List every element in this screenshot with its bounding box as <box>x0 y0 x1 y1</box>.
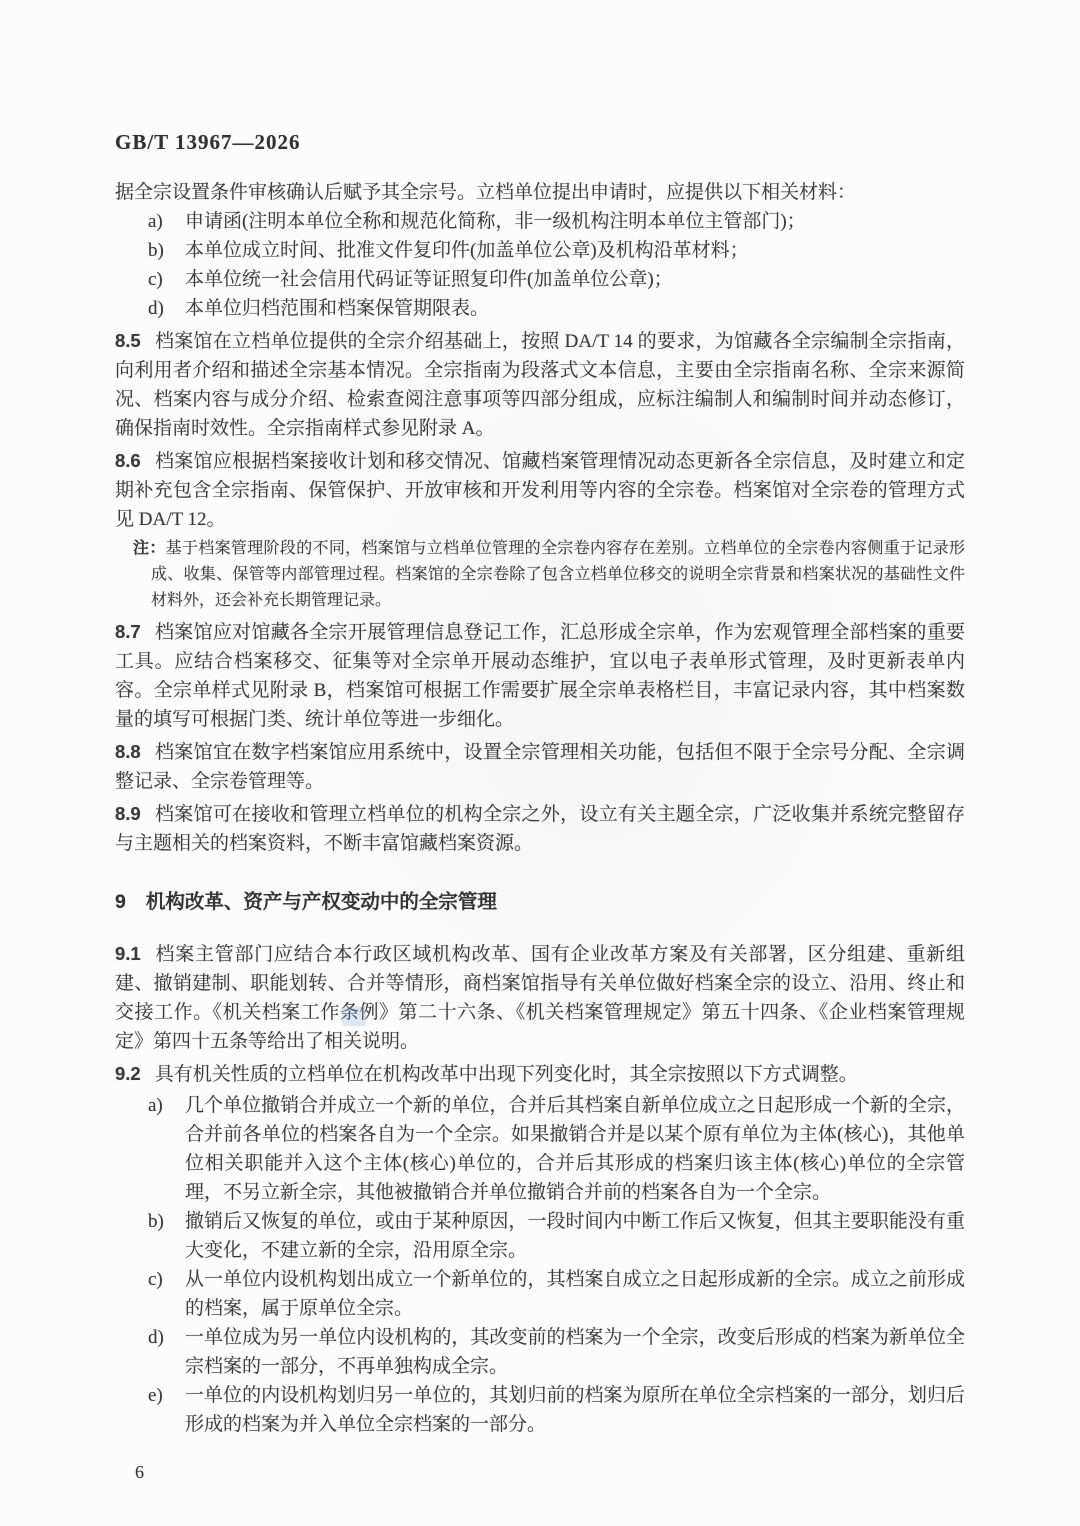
list-item: b) 撤销后又恢复的单位，或由于某种原因，一段时间内中断工作后又恢复，但其主要职… <box>148 1207 965 1265</box>
clause-text: 档案馆宜在数字档案馆应用系统中，设置全宗管理相关功能，包括但不限于全宗号分配、全… <box>115 742 965 792</box>
list-item-marker: e) <box>148 1381 185 1439</box>
clause-8-6: 8.6档案馆应根据档案接收计划和移交情况、馆藏档案管理情况动态更新各全宗信息，及… <box>115 446 965 534</box>
clause-text: 档案馆应根据档案接收计划和移交情况、馆藏档案管理情况动态更新各全宗信息，及时建立… <box>115 451 965 530</box>
section-9-heading: 9机构改革、资产与产权变动中的全宗管理 <box>115 888 965 917</box>
list-item-marker: c) <box>148 1265 185 1323</box>
clause-number: 8.7 <box>115 621 141 642</box>
list-item-marker: b) <box>148 1207 185 1265</box>
clause-number: 9.2 <box>115 1063 141 1084</box>
clause-number: 8.5 <box>115 330 141 351</box>
list-item: b) 本单位成立时间、批准文件复印件(加盖单位公章)及机构沿革材料； <box>148 236 965 265</box>
list-item-text: 撤销后又恢复的单位，或由于某种原因，一段时间内中断工作后又恢复，但其主要职能没有… <box>185 1207 965 1265</box>
clause-text: 档案馆在立档单位提供的全宗介绍基础上，按照 DA/T 14 的要求，为馆藏各全宗… <box>115 331 965 439</box>
standard-number-header: GB/T 13967—2026 <box>115 130 965 154</box>
paragraph-intro: 据全宗设置条件审核确认后赋予其全宗号。立档单位提出申请时，应提供以下相关材料： <box>115 178 965 207</box>
list-item-text: 本单位归档范围和档案保管期限表。 <box>185 294 965 323</box>
application-materials-list: a) 申请函(注明本单位全称和规范化简称，非一级机构注明本单位主管部门)； b)… <box>115 207 965 323</box>
reform-adjustment-list: a) 几个单位撤销合并成立一个新的单位，合并后其档案自新单位成立之日起形成一个新… <box>115 1091 965 1439</box>
list-item-text: 从一单位内设机构划出成立一个新单位的，其档案自成立之日起形成新的全宗。成立之前形… <box>185 1265 965 1323</box>
note-label: 注： <box>133 540 166 557</box>
clause-text: 档案主管部门应结合本行政区域机构改革、国有企业改革方案及有关部署，区分组建、重新… <box>115 944 965 1052</box>
clause-number: 8.9 <box>115 803 141 824</box>
list-item-text: 几个单位撤销合并成立一个新的单位，合并后其档案自新单位成立之日起形成一个新的全宗… <box>185 1091 965 1207</box>
list-item-marker: c) <box>148 265 185 294</box>
list-item: d) 一单位成为另一单位内设机构的，其改变前的档案为一个全宗，改变后形成的档案为… <box>148 1323 965 1381</box>
clause-number: 9.1 <box>115 943 141 964</box>
list-item-marker: b) <box>148 236 185 265</box>
section-title: 机构改革、资产与产权变动中的全宗管理 <box>146 891 497 913</box>
page-number: 6 <box>135 1462 144 1483</box>
clause-text: 具有机关性质的立档单位在机构改革中出现下列变化时，其全宗按照以下方式调整。 <box>155 1064 858 1085</box>
clause-8-8: 8.8档案馆宜在数字档案馆应用系统中，设置全宗管理相关功能，包括但不限于全宗号分… <box>115 737 965 796</box>
list-item: a) 申请函(注明本单位全称和规范化简称，非一级机构注明本单位主管部门)； <box>148 207 965 236</box>
list-item: d) 本单位归档范围和档案保管期限表。 <box>148 294 965 323</box>
list-item: e) 一单位的内设机构划归另一单位的，其划归前的档案为原所在单位全宗档案的一部分… <box>148 1381 965 1439</box>
list-item: c) 从一单位内设机构划出成立一个新单位的，其档案自成立之日起形成新的全宗。成立… <box>148 1265 965 1323</box>
list-item-text: 本单位统一社会信用代码证等证照复印件(加盖单位公章)； <box>185 265 965 294</box>
clause-8-5: 8.5档案馆在立档单位提供的全宗介绍基础上，按照 DA/T 14 的要求，为馆藏… <box>115 326 965 443</box>
clause-text: 档案馆可在接收和管理立档单位的机构全宗之外，设立有关主题全宗，广泛收集并系统完整… <box>115 804 965 854</box>
clause-8-6-note: 注：基于档案管理阶段的不同，档案馆与立档单位管理的全宗卷内容存在差别。立档单位的… <box>115 536 965 614</box>
list-item: a) 几个单位撤销合并成立一个新的单位，合并后其档案自新单位成立之日起形成一个新… <box>148 1091 965 1207</box>
list-item-text: 一单位的内设机构划归另一单位的，其划归前的档案为原所在单位全宗档案的一部分，划归… <box>185 1381 965 1439</box>
clause-9-2: 9.2具有机关性质的立档单位在机构改革中出现下列变化时，其全宗按照以下方式调整。 <box>115 1059 965 1089</box>
document-page: GB/T 13967—2026 据全宗设置条件审核确认后赋予其全宗号。立档单位提… <box>0 0 1080 1526</box>
clause-8-9: 8.9档案馆可在接收和管理立档单位的机构全宗之外，设立有关主题全宗，广泛收集并系… <box>115 799 965 858</box>
list-item-text: 申请函(注明本单位全称和规范化简称，非一级机构注明本单位主管部门)； <box>185 207 965 236</box>
note-text: 基于档案管理阶段的不同，档案馆与立档单位管理的全宗卷内容存在差别。立档单位的全宗… <box>151 540 965 609</box>
list-item-text: 本单位成立时间、批准文件复印件(加盖单位公章)及机构沿革材料； <box>185 236 965 265</box>
list-item-marker: a) <box>148 207 185 236</box>
section-number: 9 <box>115 891 126 913</box>
clause-9-1: 9.1档案主管部门应结合本行政区域机构改革、国有企业改革方案及有关部署，区分组建… <box>115 939 965 1056</box>
clause-number: 8.8 <box>115 741 141 762</box>
list-item-marker: d) <box>148 294 185 323</box>
clause-text: 档案馆应对馆藏各全宗开展管理信息登记工作，汇总形成全宗单，作为宏观管理全部档案的… <box>115 622 965 730</box>
list-item-marker: d) <box>148 1323 185 1381</box>
clause-number: 8.6 <box>115 450 141 471</box>
list-item-text: 一单位成为另一单位内设机构的，其改变前的档案为一个全宗，改变后形成的档案为新单位… <box>185 1323 965 1381</box>
clause-8-7: 8.7档案馆应对馆藏各全宗开展管理信息登记工作，汇总形成全宗单，作为宏观管理全部… <box>115 617 965 734</box>
list-item: c) 本单位统一社会信用代码证等证照复印件(加盖单位公章)； <box>148 265 965 294</box>
scan-watermark-artifact <box>342 1006 366 1026</box>
list-item-marker: a) <box>148 1091 185 1207</box>
